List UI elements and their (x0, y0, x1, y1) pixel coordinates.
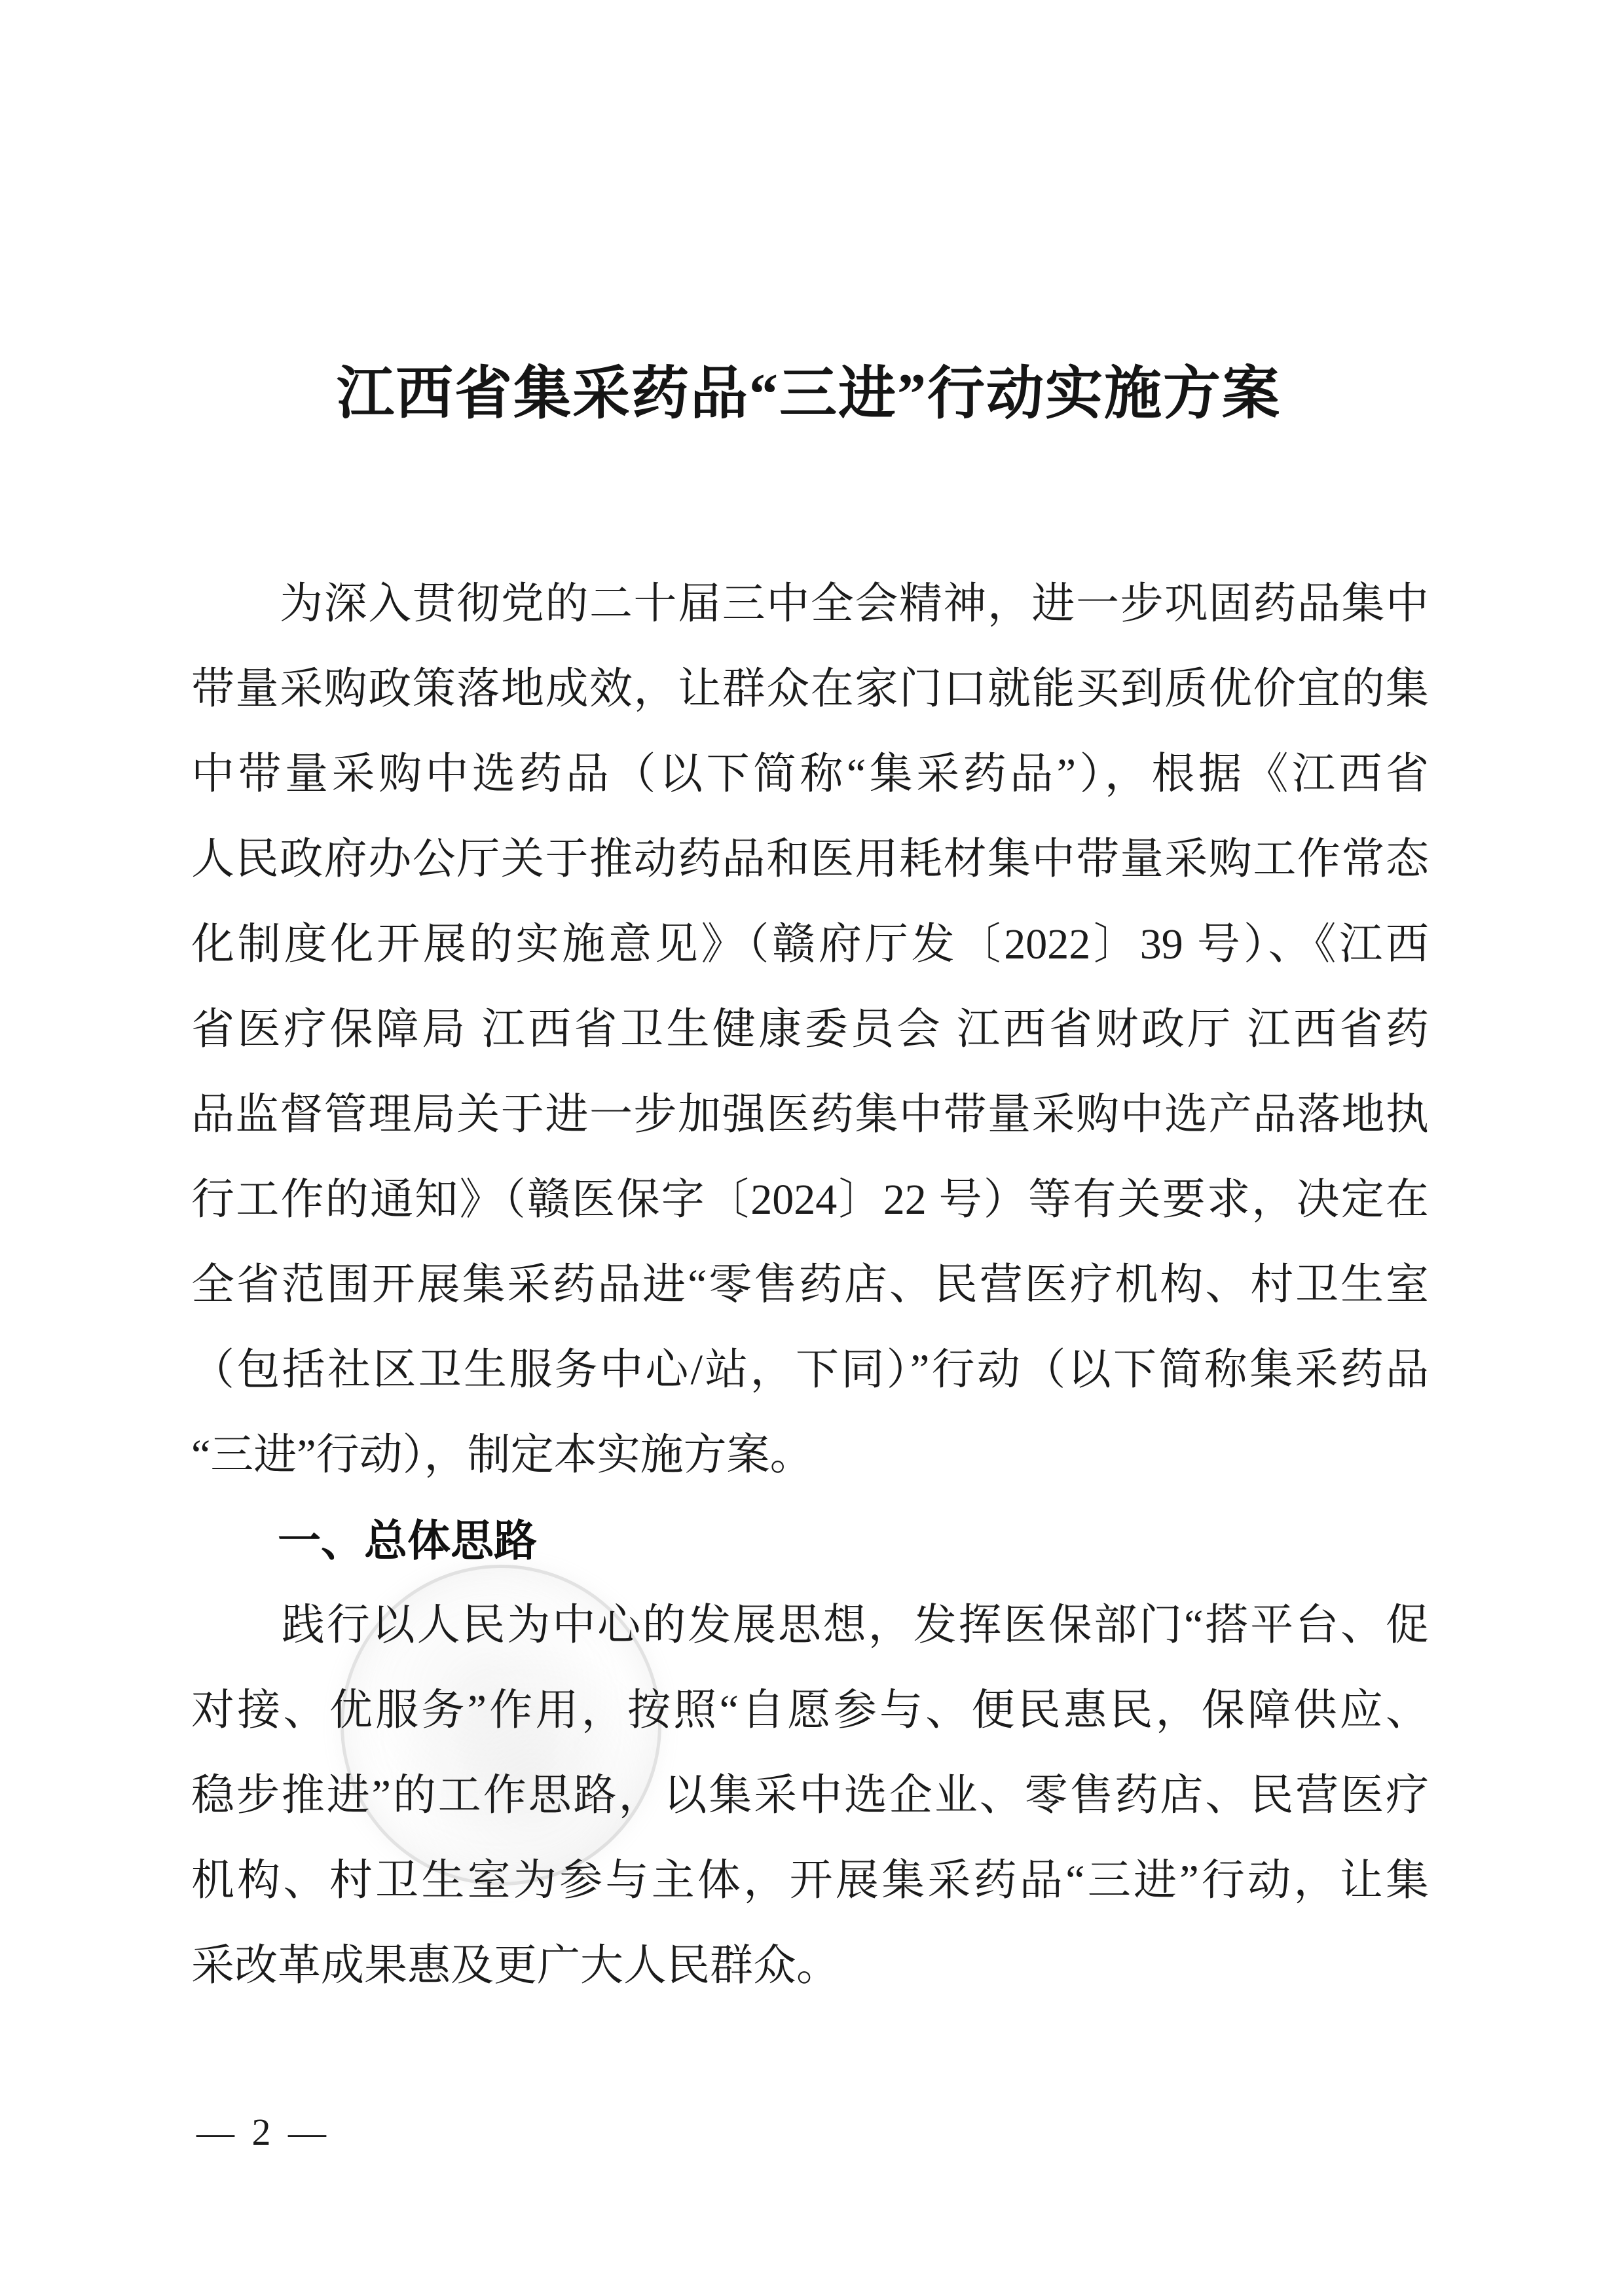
text-line: 对接、优服务”作用，按照“自愿参与、便民惠民，保障供应、 (191, 1668, 1429, 1753)
text-line: 稳步推进”的工作思路，以集采中选企业、零售药店、民营医疗 (191, 1753, 1429, 1838)
text-line: 采改革成果惠及更广大人民群众。 (191, 1923, 1429, 2009)
document-page: 江西省集采药品“三进”行动实施方案 为深入贯彻党的二十届三中全会精神，进一步巩固… (0, 0, 1624, 2296)
text-line: 品监督管理局关于进一步加强医药集中带量采购中选产品落地执 (191, 1072, 1429, 1157)
text-line: 机构、村卫生室为参与主体，开展集采药品“三进”行动，让集 (191, 1838, 1429, 1923)
section-heading: 一、总体思路 (191, 1498, 1429, 1583)
text-line: 化制度化开展的实施意见》（赣府厅发〔2022〕39 号）、《江西 (191, 902, 1429, 987)
text-line: 为深入贯彻党的二十届三中全会精神，进一步巩固药品集中 (191, 562, 1429, 647)
page-number: — 2 — (196, 2103, 330, 2162)
text-line: 省医疗保障局 江西省卫生健康委员会 江西省财政厅 江西省药 (191, 987, 1429, 1072)
text-line: 践行以人民为中心的发展思想，发挥医保部门“搭平台、促 (191, 1583, 1429, 1668)
document-body: 为深入贯彻党的二十届三中全会精神，进一步巩固药品集中 带量采购政策落地成效，让群… (191, 562, 1429, 2009)
text-line: 人民政府办公厅关于推动药品和医用耗材集中带量采购工作常态 (191, 817, 1429, 902)
text-line: 中带量采购中选药品（以下简称“集采药品”），根据《江西省 (191, 732, 1429, 817)
text-line: “三进”行动），制定本实施方案。 (191, 1413, 1429, 1498)
document-title: 江西省集采药品“三进”行动实施方案 (190, 359, 1428, 431)
text-line: 全省范围开展集采药品进“零售药店、民营医疗机构、村卫生室 (191, 1243, 1429, 1328)
text-line: 行工作的通知》（赣医保字〔2024〕22 号）等有关要求，决定在 (191, 1157, 1429, 1243)
text-line: （包括社区卫生服务中心/站，下同）”行动（以下简称集采药品 (191, 1328, 1429, 1413)
text-line: 带量采购政策落地成效，让群众在家门口就能买到质优价宜的集 (191, 647, 1429, 732)
